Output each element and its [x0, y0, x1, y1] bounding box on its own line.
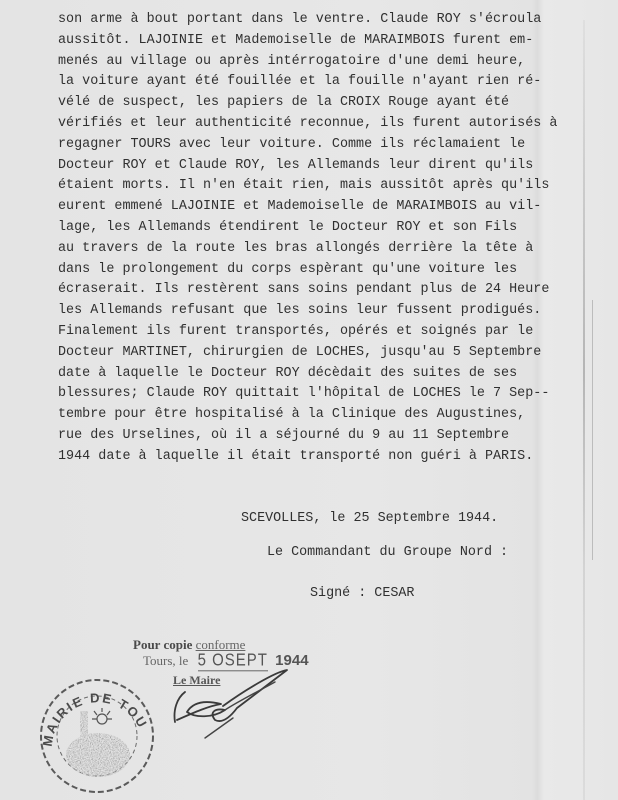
place-date: SCEVOLLES, le 25 Septembre 1944. [241, 511, 498, 526]
body-line: écraserait. Ils restèrent sans soins pen… [58, 280, 598, 301]
body-line: la voiture ayant été fouillée et la foui… [58, 72, 598, 93]
body-line: au travers de la route les bras allongés… [58, 239, 598, 260]
body-line: dans le prolongement du corps espèrant q… [58, 260, 598, 281]
body-line: Finalement ils furent transportés, opéré… [58, 322, 598, 343]
body-line: regagner TOURS avec leur voiture. Comme … [58, 135, 598, 156]
body-line: blessures; Claude ROY quittait l'hôpital… [58, 384, 598, 405]
signed-by: Signé : CESAR [310, 586, 414, 601]
body-line: Docteur ROY et Claude ROY, les Allemands… [58, 156, 598, 177]
document-page: son arme à bout portant dans le ventre. … [0, 0, 618, 800]
body-line: vérifiés et leur authenticité reconnue, … [58, 114, 598, 135]
body-line: aussitôt. LAJOINIE et Mademoiselle de MA… [58, 31, 598, 52]
body-line: étaient morts. Il n'en était rien, mais … [58, 176, 598, 197]
body-line: les Allemands refusant que les soins leu… [58, 301, 598, 322]
body-line: tembre pour être hospitalisé à la Cliniq… [58, 405, 598, 426]
body-line: Docteur MARTINET, chirurgien de LOCHES, … [58, 343, 598, 364]
body-line: 1944 date à laquelle il était transporté… [58, 447, 598, 468]
body-line: rue des Urselines, où il a séjourné du 9… [58, 426, 598, 447]
body-line: lage, les Allemands étendirent le Docteu… [58, 218, 598, 239]
signatory-title: Le Commandant du Groupe Nord : [267, 545, 508, 560]
body-line: son arme à bout portant dans le ventre. … [58, 10, 598, 31]
body-line: eurent emmené LAJOINIE et Mademoiselle d… [58, 197, 598, 218]
city-seal-icon: MAIRIE DE TOURS [36, 675, 158, 797]
body-line: menés au village ou après intérrogatoire… [58, 52, 598, 73]
certified-copy-text: Pour copie [133, 637, 192, 652]
handwritten-signature-icon [165, 660, 295, 740]
body-line: date à laquelle le Docteur ROY décèdait … [58, 364, 598, 385]
body-line: vélé de suspect, les papiers de la CROIX… [58, 93, 598, 114]
document-body: son arme à bout portant dans le ventre. … [58, 10, 598, 468]
